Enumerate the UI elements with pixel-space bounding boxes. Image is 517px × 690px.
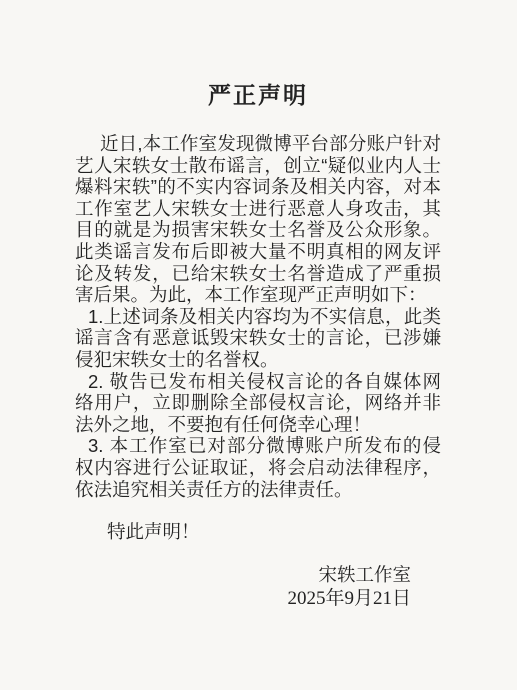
statement-closing: 特此声明！ [75, 521, 441, 543]
signature-date: 2025年9月21日 [75, 587, 411, 611]
statement-item-3: 3. 本工作室已对部分微博账户所发布的侵权内容进行公证取证，将会启动法律程序，依… [75, 435, 441, 500]
signature-name: 宋轶工作室 [75, 563, 411, 587]
statement-item-1: 1.上述词条及相关内容均为不实信息，此类谣言含有恶意诋毁宋轶女士的言论，已涉嫌侵… [75, 306, 441, 371]
signature-block: 宋轶工作室 2025年9月21日 [75, 563, 441, 611]
statement-document: 严正声明 近日,本工作室发现微博平台部分账户针对艺人宋轶女士散布谣言，创立“疑似… [0, 0, 517, 690]
statement-item-2: 2. 敬告已发布相关侵权言论的各自媒体网络用户，立即删除全部侵权言论，网络并非法… [75, 371, 441, 436]
statement-title: 严正声明 [75, 84, 441, 107]
statement-paragraph-intro: 近日,本工作室发现微博平台部分账户针对艺人宋轶女士散布谣言，创立“疑似业内人士爆… [75, 133, 441, 306]
